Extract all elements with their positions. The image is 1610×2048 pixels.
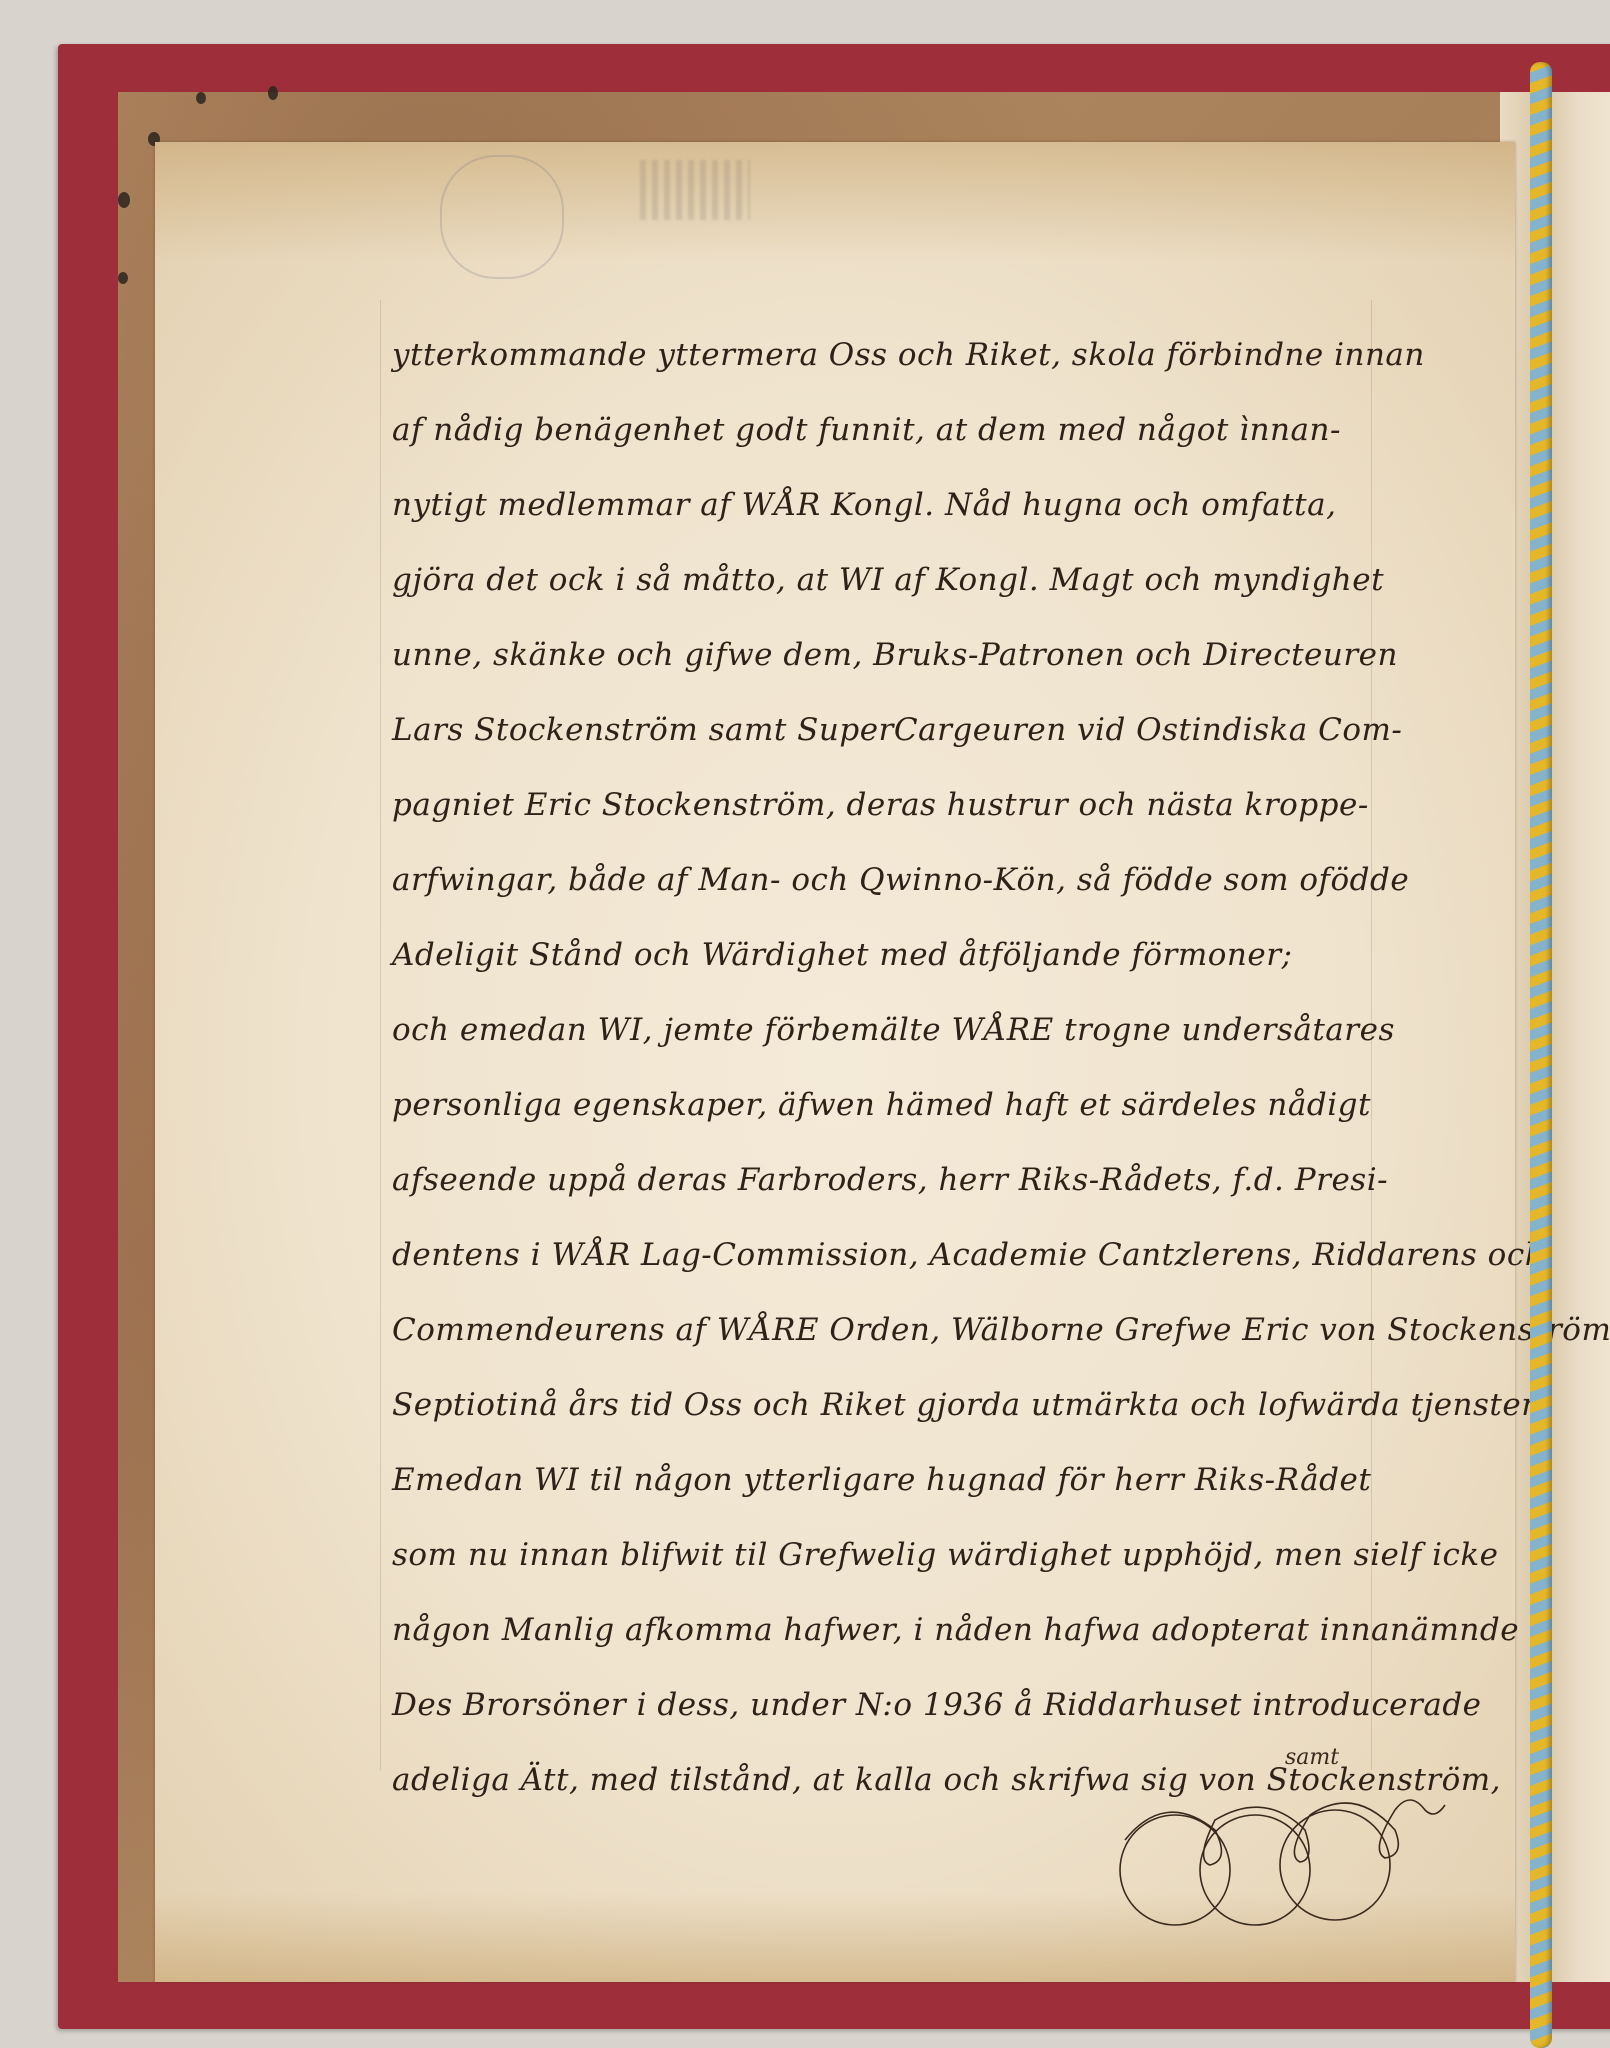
text-line: och emedan WI, jemte förbemälte WÅRE tro…	[392, 1005, 1392, 1080]
text-line: unne, skänke och gifwe dem, Bruks-Patron…	[392, 630, 1392, 705]
text-line: ytterkommande yttermera Oss och Riket, s…	[392, 330, 1392, 405]
ink-stain	[268, 86, 278, 100]
text-line: pagniet Eric Stockenström, deras hustrur…	[392, 780, 1392, 855]
text-line: Commendeurens af WÅRE Orden, Wälborne Gr…	[392, 1305, 1392, 1380]
text-line: personliga egenskaper, äfwen hämed haft …	[392, 1080, 1392, 1155]
closing-word: samt	[1285, 1745, 1339, 1770]
text-line: Adeligit Stånd och Wärdighet med åtfölja…	[392, 930, 1392, 1005]
text-line: gjöra det ock i så måtto, at WI af Kongl…	[392, 555, 1392, 630]
text-line: dentens i WÅR Lag-Commission, Academie C…	[392, 1230, 1392, 1305]
text-line: Des Brorsöner i dess, under N:o 1936 å R…	[392, 1680, 1392, 1755]
text-line: Lars Stockenström samt SuperCargeuren vi…	[392, 705, 1392, 780]
faint-stamp-icon	[440, 155, 564, 279]
ink-stain	[118, 272, 128, 284]
ink-stain	[196, 92, 206, 104]
manuscript-text: ytterkommande yttermera Oss och Riket, s…	[392, 330, 1392, 1830]
text-line: någon Manlig afkomma hafwer, i nåden haf…	[392, 1605, 1392, 1680]
text-line: afseende uppå deras Farbroders, herr Rik…	[392, 1155, 1392, 1230]
text-line: som nu innan blifwit til Grefwelig wärdi…	[392, 1530, 1392, 1605]
calligraphic-flourish-icon	[1105, 1770, 1455, 1950]
text-line: Septiotinå års tid Oss och Riket gjorda …	[392, 1380, 1392, 1455]
ink-stain	[118, 192, 130, 208]
page-gutter	[1500, 92, 1610, 1982]
text-line: Emedan WI til någon ytterligare hugnad f…	[392, 1455, 1392, 1530]
faint-stamp-text	[640, 160, 750, 220]
binding-cord	[1530, 62, 1552, 2048]
text-line: af nådig benägenhet godt funnit, at dem …	[392, 405, 1392, 480]
text-line: nytigt medlemmar af WÅR Kongl. Nåd hugna…	[392, 480, 1392, 555]
text-line: arfwingar, både af Man- och Qwinno-Kön, …	[392, 855, 1392, 930]
